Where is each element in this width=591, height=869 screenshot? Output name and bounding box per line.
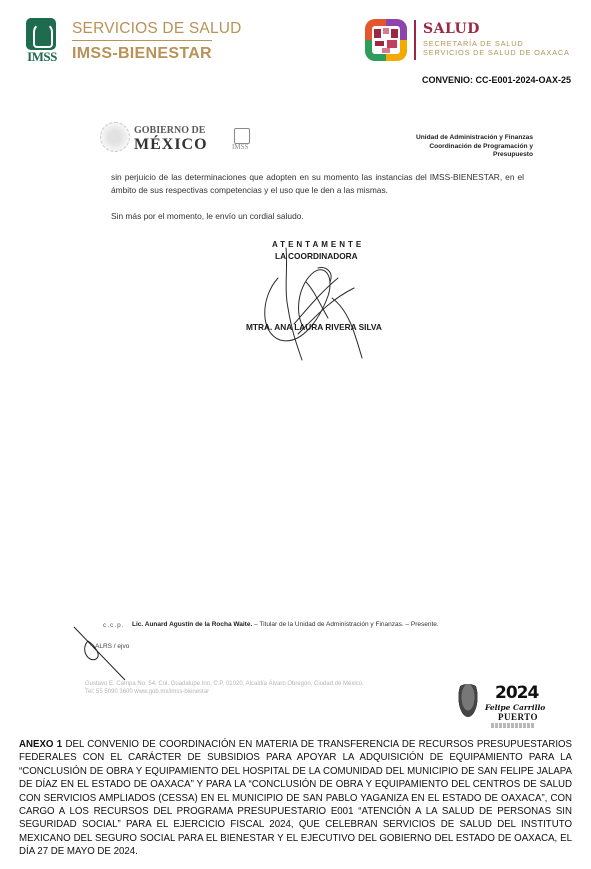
anexo-caption: ANEXO 1 DEL CONVENIO DE COORDINACIÓN EN … <box>19 738 572 859</box>
letter-paragraph-1: sin perjuicio de las determinaciones que… <box>111 171 524 196</box>
commemorative-year: 2024 <box>495 683 538 703</box>
gobierno-de-label: GOBIERNO DE <box>134 125 205 136</box>
anexo-label: ANEXO 1 <box>19 739 62 750</box>
portrait-icon <box>453 684 483 728</box>
issuing-unit: Unidad de Administración y Finanzas Coor… <box>416 134 533 160</box>
handwritten-signature-icon <box>258 238 378 363</box>
commemorative-name: Felipe Carrillo <box>485 703 545 712</box>
address-line-1: Gustavo E. Campa No. 54, Col. Guadalupe … <box>85 680 364 688</box>
header-divider <box>414 20 416 60</box>
ccp-label: c.c.p. <box>103 622 125 629</box>
letter-paragraph-2: Sin más por el momento, le envío un cord… <box>111 210 524 223</box>
anexo-text: DEL CONVENIO DE COORDINACIÓN EN MATERIA … <box>19 739 572 857</box>
convenio-number: CONVENIO: CC-E001-2024-OAX-25 <box>422 75 571 85</box>
salud-subtitle: SECRETARÍA DE SALUD SERVICIOS DE SALUD D… <box>423 39 570 57</box>
unit-line-2: Coordinación de Programación y <box>416 143 533 152</box>
salud-line-1: SECRETARÍA DE SALUD <box>423 39 570 48</box>
letter-address: Gustavo E. Campa No. 54, Col. Guadalupe … <box>85 680 364 696</box>
reference-initials: ALRS / ejvo <box>95 643 129 650</box>
felipe-carrillo-puerto-2024-logo: 2024 Felipe Carrillo PUERTO <box>447 681 547 729</box>
ccp-name: Lic. Aunard Agustín de la Rocha Waite. <box>132 621 252 628</box>
imss-logo: IMSS <box>22 18 62 64</box>
unit-line-1: Unidad de Administración y Finanzas <box>416 134 533 143</box>
salud-line-2: SERVICIOS DE SALUD DE OAXACA <box>423 48 570 57</box>
imss-logo-text: IMSS <box>22 49 62 65</box>
imss-small-logo-icon: IMSS <box>232 128 250 152</box>
org-subtitle: IMSS-BIENESTAR <box>72 45 212 63</box>
mexico-label: MÉXICO <box>134 136 208 154</box>
signer-name: MTRA. ANA LAURA RIVERA SILVA <box>246 322 382 332</box>
ccp-role: – Titular de la Unidad de Administración… <box>252 621 438 628</box>
unit-line-3: Presupuesto <box>416 151 533 160</box>
address-line-2: Tel: 55 5090 3600 www.gob.mx/imss-bienes… <box>85 688 364 696</box>
initial-mark-icon <box>70 625 150 685</box>
mexico-seal-icon <box>100 122 130 152</box>
salud-title: SALUD <box>423 21 480 37</box>
org-title: SERVICIOS DE SALUD <box>72 20 242 38</box>
org-title-divider <box>72 40 212 41</box>
imss-eagle-icon <box>26 18 56 50</box>
ccp-recipient: Lic. Aunard Agustín de la Rocha Waite. –… <box>132 621 439 628</box>
commemorative-name-2: PUERTO <box>498 712 538 722</box>
oaxaca-salud-logo-icon <box>365 19 407 61</box>
